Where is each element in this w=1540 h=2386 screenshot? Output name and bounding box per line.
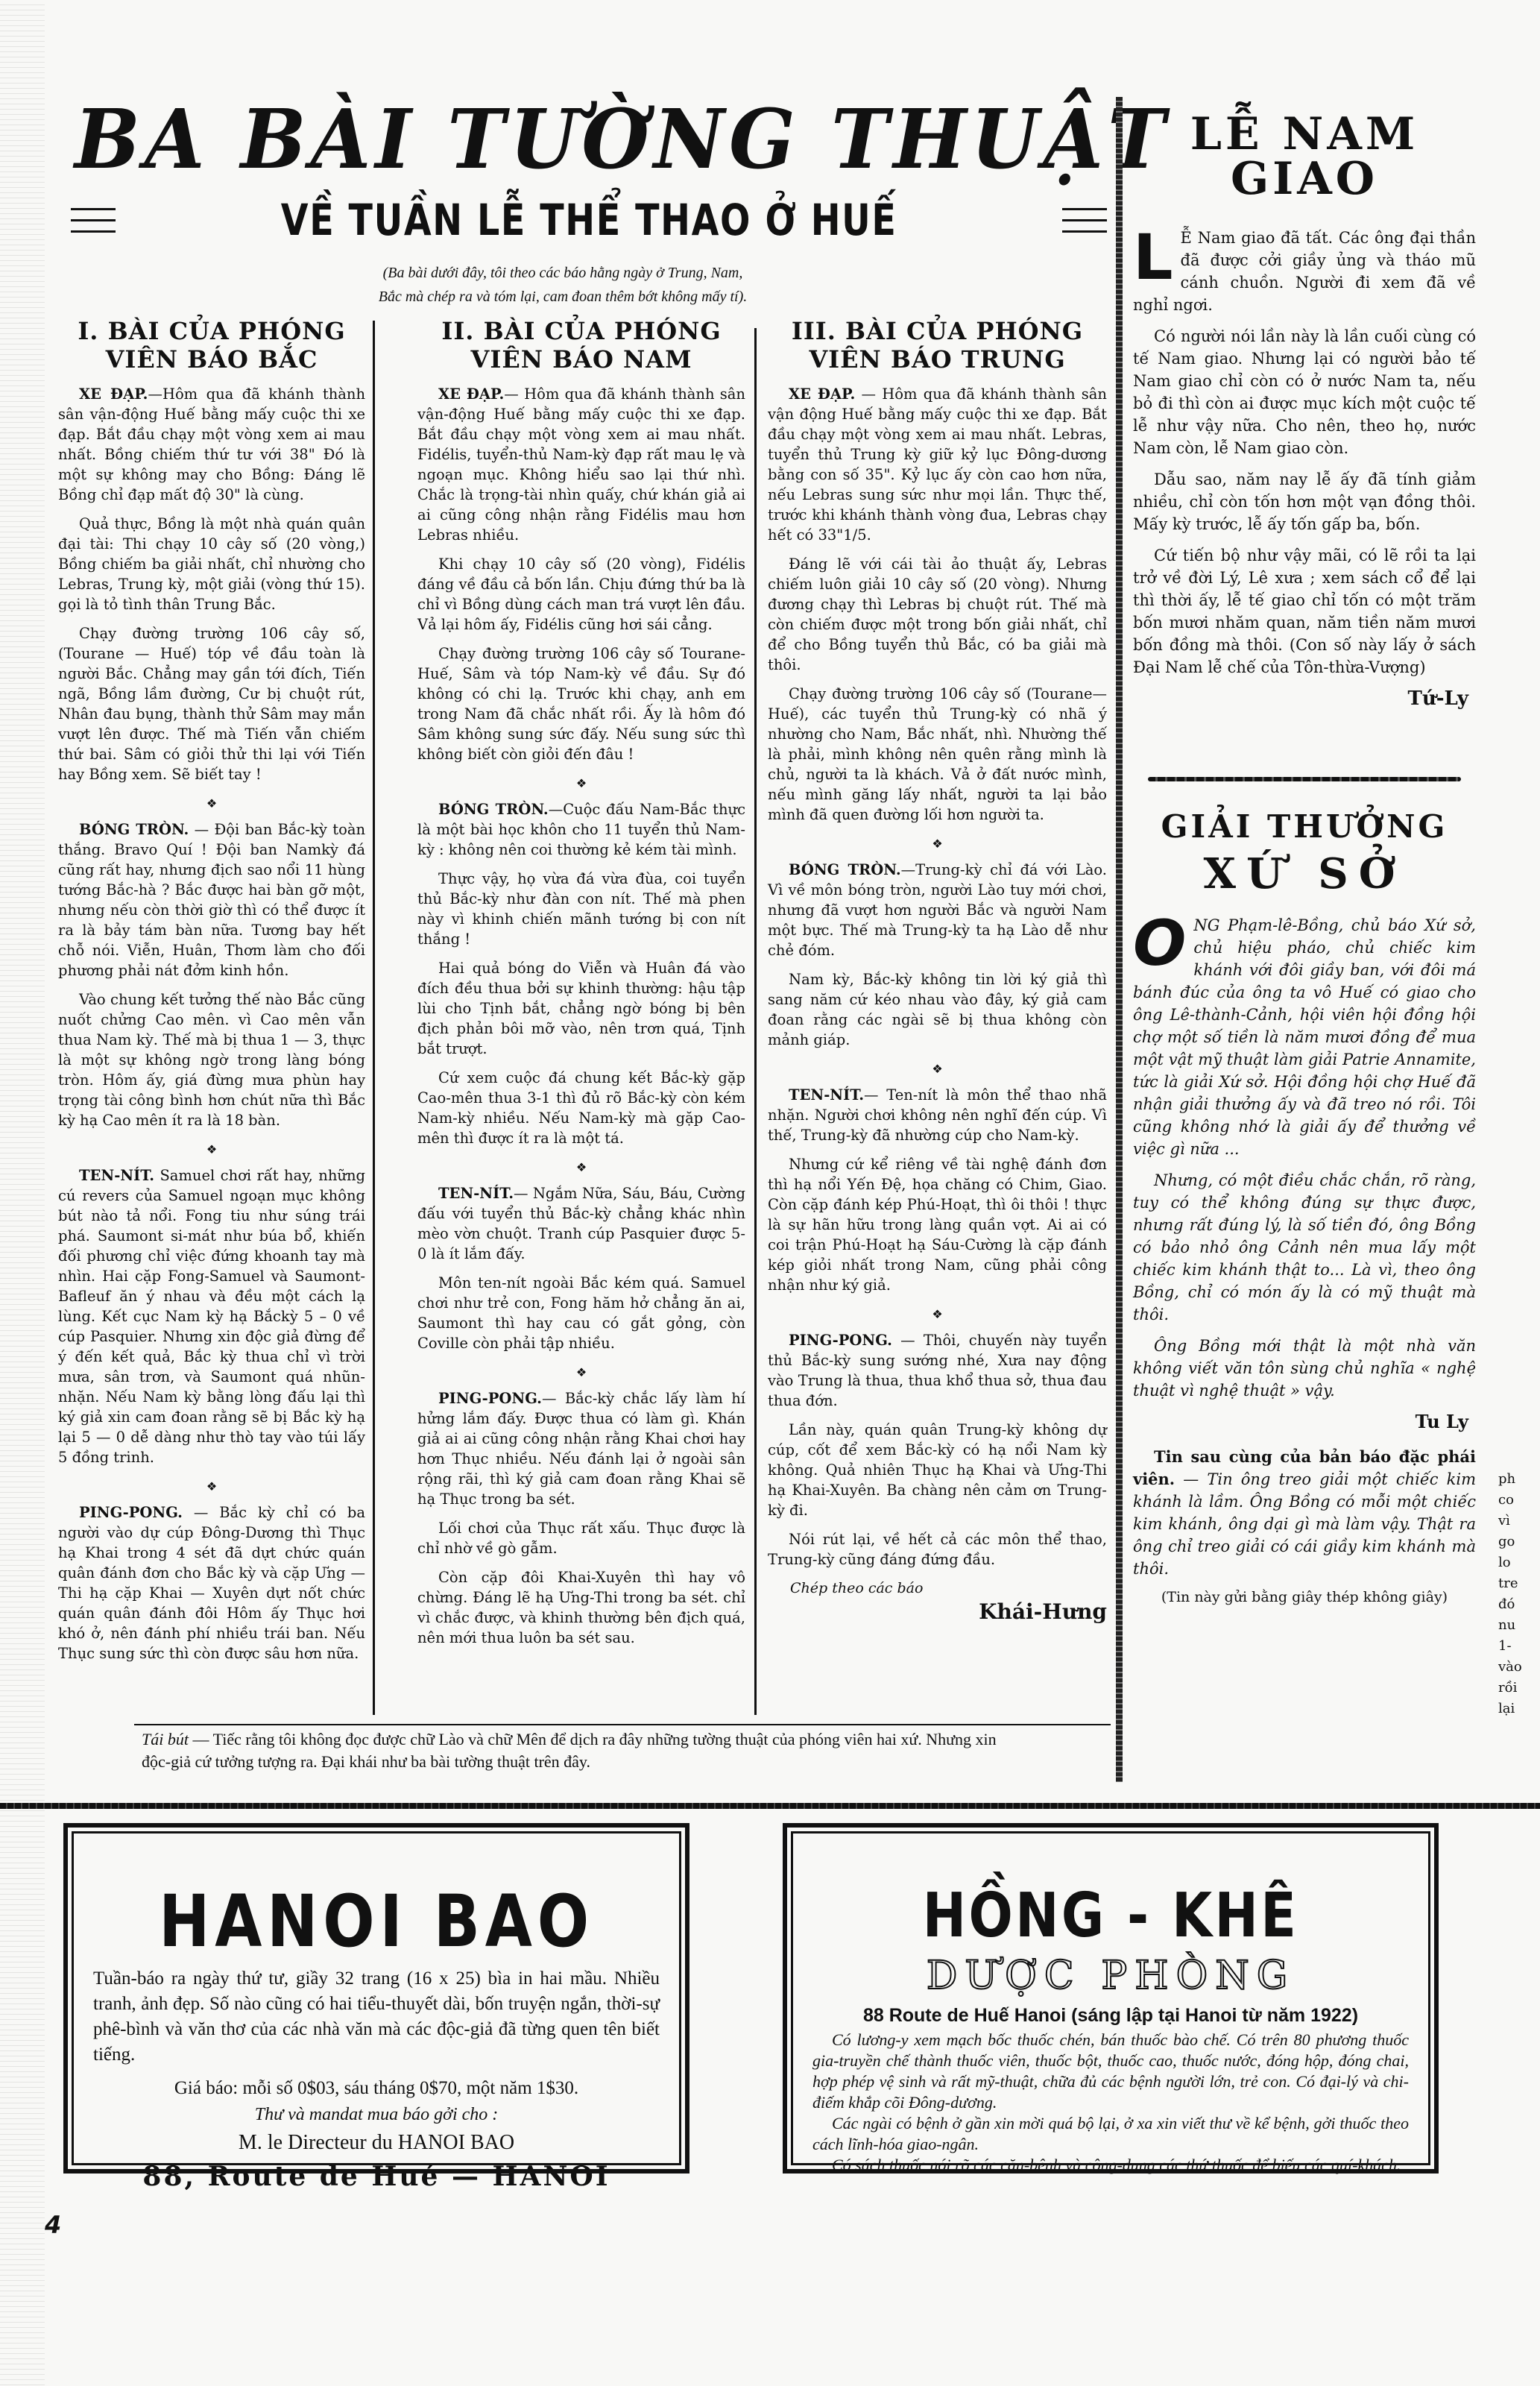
edge-fragment: đó [1498, 1594, 1522, 1615]
edge-fragment: co [1498, 1490, 1522, 1511]
paragraph: Có sách thuốc nói rõ các căn-bệnh và côn… [812, 2155, 1409, 2176]
paragraph: Có lương-y xem mạch bốc thuốc chén, bán … [812, 2030, 1409, 2113]
column-divider [373, 321, 375, 1715]
paragraph: Môn ten-nít ngoài Bắc kém quá. Samuel ch… [417, 1273, 745, 1353]
dropcap-letter: L [1133, 231, 1173, 283]
paragraph: Khi chạy 10 cây số (20 vòng), Fidélis đá… [417, 554, 745, 635]
intro-line: Bắc mà chép ra và tóm lại, cam đoan thêm… [268, 285, 857, 309]
intro-line: (Ba bài dưới đây, tôi theo các báo hằng … [268, 261, 857, 285]
paragraph-text: Vào chung kết tưởng thế nào Bắc cũng nuố… [58, 991, 365, 1129]
section-keyword: TEN-NÍT. [79, 1167, 154, 1184]
section-keyword: PING-PONG. [79, 1504, 183, 1521]
ad-recipient: M. le Directeur du HANOI BAO [93, 2131, 660, 2155]
paragraph: Nhưng cứ kể riêng về tài nghệ đánh đơn t… [768, 1154, 1107, 1295]
paragraph: Quả thực, Bồng là một nhà quán quân đại … [58, 514, 365, 614]
article-title-line: GIẢI THƯỞNG [1133, 811, 1476, 843]
paragraph-text: Chạy đường trường 106 cây số Tourane-Huế… [417, 645, 745, 763]
section-keyword: BÓNG TRÒN. [789, 861, 901, 878]
paragraph: Các ngài có bệnh ở gần xin mời quá bộ lạ… [812, 2113, 1409, 2155]
paragraph: Còn cặp đôi Khai-Xuyên thì hay vô chừng.… [417, 1567, 745, 1648]
paragraph: Có người nói lần này là lần cuối cùng có… [1133, 325, 1476, 459]
section-keyword: TEN-NÍT. [789, 1086, 864, 1104]
paragraph: Vào chung kết tưởng thế nào Bắc cũng nuố… [58, 989, 365, 1130]
ad-address: 88, Route de Hué — HANOI [93, 2161, 660, 2192]
paragraph-text: Chạy đường trường 106 cây số (Tourane—Hu… [768, 685, 1107, 823]
paragraph-text: Quả thực, Bồng là một nhà quán quân đại … [58, 515, 365, 613]
ornament-icon: ❖ [417, 1157, 745, 1177]
dropcap-letter: O [1133, 917, 1186, 969]
ornament-icon: ❖ [58, 1139, 365, 1159]
author-signature: Khái-Hưng [768, 1602, 1107, 1622]
paragraph-text: Còn cặp đôi Khai-Xuyên thì hay vô chừng.… [417, 1569, 745, 1646]
scan-edge-noise [0, 0, 45, 2386]
paragraph-text: — Bắc kỳ chỉ có ba người vào dự cúp Đông… [58, 1504, 365, 1662]
ad-body: Có lương-y xem mạch bốc thuốc chén, bán … [812, 2030, 1409, 2176]
paragraph: Ông Bồng mới thật là một nhà văn không v… [1133, 1335, 1476, 1402]
paragraph: PING-PONG. — Thôi, chuyến này tuyển thủ … [768, 1330, 1107, 1411]
paragraph-text: Môn ten-nít ngoài Bắc kém quá. Samuel ch… [417, 1274, 745, 1352]
section-keyword: PING-PONG. [438, 1390, 542, 1407]
headline: BA BÀI TƯỜNG THUẬT [75, 98, 1103, 180]
paragraph-text: —Hôm qua đã khánh thành sân vận-động Huế… [58, 385, 365, 503]
article-title-line: XỨ SỞ [1133, 853, 1476, 895]
article-bao-nam: II. BÀI CỦA PHÓNG VIÊN BÁO NAM XE ĐẠP.— … [417, 317, 745, 1657]
ad-address: 88 Route de Huế Hanoi (sáng lập tại Hano… [812, 2005, 1409, 2027]
edge-fragment: tre [1498, 1573, 1522, 1594]
paragraph-text: Chạy đường trường 106 cây số, (Tourane —… [58, 625, 365, 783]
paragraph: Cứ xem cuộc đá chung kết Bắc-kỳ gặp Cao-… [417, 1068, 745, 1148]
page-number: 4 [45, 2211, 61, 2239]
paragraph: Nhưng, có một điều chắc chắn, rõ ràng, t… [1133, 1169, 1476, 1326]
paragraph-text: — Đội ban Bắc-kỳ toàn thắng. Bravo Quí !… [58, 821, 365, 979]
divider [134, 1724, 1111, 1725]
article-heading: III. BÀI CỦA PHÓNG VIÊN BÁO TRUNG [768, 317, 1107, 374]
paragraph-text: Hai quả bóng do Viễn và Huân đá vào đích… [417, 960, 745, 1057]
ornament-icon: ❖ [417, 1362, 745, 1382]
paragraph-text: Nam kỳ, Bắc-kỳ không tin lời ký giả thì … [768, 971, 1107, 1048]
ornament-icon: ❖ [768, 1304, 1107, 1324]
ad-title: HANOI BAO [136, 1886, 617, 1957]
article-heading: II. BÀI CỦA PHÓNG VIÊN BÁO NAM [417, 317, 745, 374]
section-divider-band [0, 1803, 1540, 1809]
ornament-icon: ❖ [58, 1476, 365, 1496]
column-divider [754, 328, 757, 1715]
edge-fragment: lo [1498, 1552, 1522, 1573]
article-title: LỄ NAM GIAO [1133, 112, 1476, 201]
adjacent-page-fragments: phcovìgolotređónu1-vàorồilại [1498, 1469, 1522, 1719]
paragraph-text: Đáng lẽ với cái tài ảo thuật ấy, Lebras … [768, 555, 1107, 673]
section-keyword: TEN-NÍT. [438, 1185, 514, 1202]
ad-price: Giá báo: mỗi số 0$03, sáu tháng 0$70, mộ… [93, 2078, 660, 2099]
decorative-rules-left [71, 208, 116, 233]
paragraph: Đáng lẽ với cái tài ảo thuật ấy, Lebras … [768, 554, 1107, 675]
ornament-icon: ❖ [58, 793, 365, 813]
paragraph-text: Cứ xem cuộc đá chung kết Bắc-kỳ gặp Cao-… [417, 1069, 745, 1147]
postscript-label: Tái bút [142, 1730, 189, 1748]
paragraph: Ễ Nam giao đã tất. Các ông đại thần đã đ… [1133, 229, 1476, 314]
article-bao-bac: I. BÀI CỦA PHÓNG VIÊN BÁO BẮC XE ĐẠP.—Hô… [58, 317, 365, 1672]
edge-fragment: lại [1498, 1699, 1522, 1719]
newspaper-page: BA BÀI TƯỜNG THUẬT VỀ TUẦN LỄ THỂ THAO Ở… [0, 0, 1540, 2386]
decorative-rules-right [1062, 208, 1107, 233]
paragraph: Hai quả bóng do Viễn và Huân đá vào đích… [417, 958, 745, 1059]
late-news-note: (Tin này gửi bằng giây thép không giây) [1133, 1589, 1476, 1605]
paragraph: Lối chơi của Thục rất xấu. Thục được là … [417, 1518, 745, 1558]
section-keyword: BÓNG TRÒN. [438, 801, 549, 818]
ad-subtitle: DƯỢC PHÒNG [812, 1953, 1409, 1999]
article-bao-trung: III. BÀI CỦA PHÓNG VIÊN BÁO TRUNG XE ĐẠP… [768, 317, 1107, 1622]
edge-fragment: ph [1498, 1469, 1522, 1490]
wavy-divider [1148, 777, 1461, 781]
paragraph: XE ĐẠP.— Hôm qua đã khánh thành sân vận-… [417, 384, 745, 545]
edge-fragment: vào [1498, 1657, 1522, 1678]
postscript: Tái bút — Tiếc rằng tôi không đọc được c… [142, 1728, 1014, 1773]
edge-fragment: rồi [1498, 1678, 1522, 1699]
paragraph: Lần này, quán quân Trung-kỳ không dự cúp… [768, 1420, 1107, 1520]
paragraph-text: Lần này, quán quân Trung-kỳ không dự cúp… [768, 1421, 1107, 1519]
edge-fragment: 1- [1498, 1636, 1522, 1657]
section-keyword: XE ĐẠP. [789, 385, 855, 403]
late-news-text: — Tin ông treo giải một chiếc kim khánh … [1133, 1470, 1476, 1578]
paragraph: BÓNG TRÒN.—Cuộc đấu Nam-Bắc thực là một … [417, 799, 745, 860]
source-note: Chép theo các báo [768, 1578, 1107, 1599]
paragraph: Cứ tiến bộ như vậy mãi, có lẽ rồi ta lại… [1133, 544, 1476, 679]
section-keyword: XE ĐẠP. [438, 385, 504, 403]
article-le-nam-giao: LỄ NAM GIAO LỄ Nam giao đã tất. Các ông … [1133, 112, 1476, 710]
edge-fragment: nu [1498, 1615, 1522, 1636]
intro-note: (Ba bài dưới đây, tôi theo các báo hằng … [268, 261, 857, 309]
ad-hong-khe: HỒNG - KHÊ DƯỢC PHÒNG 88 Route de Huế Ha… [783, 1823, 1439, 2173]
paragraph: XE ĐẠP. — Hôm qua đã khánh thành sân vận… [768, 384, 1107, 545]
paragraph: PING-PONG.— Bắc-kỳ chắc lấy làm hí hửng … [417, 1388, 745, 1509]
author-signature: Tứ-Ly [1133, 687, 1468, 710]
paragraph: Thực vậy, họ vừa đá vừa đùa, coi tuyển t… [417, 869, 745, 949]
section-keyword: PING-PONG. [789, 1332, 892, 1349]
ornament-icon: ❖ [768, 1059, 1107, 1079]
paragraph-text: Nhưng cứ kể riêng về tài nghệ đánh đơn t… [768, 1156, 1107, 1294]
postscript-text: — Tiếc rằng tôi không đọc được chữ Lào v… [142, 1730, 997, 1771]
edge-fragment: vì [1498, 1511, 1522, 1532]
ad-mail-note: Thư và mandat mua báo gởi cho : [93, 2105, 660, 2125]
paragraph-text: — Hôm qua đã khánh thành sân vận động Hu… [768, 385, 1107, 544]
paragraph-text: Lối chơi của Thục rất xấu. Thục được là … [417, 1520, 745, 1557]
ad-hanoi-bao: HANOI BAO Tuần-báo ra ngày thứ tư, giầy … [63, 1823, 689, 2173]
paragraph-text: — Hôm qua đã khánh thành sân vận-động Hu… [417, 385, 745, 544]
paragraph-text: Khi chạy 10 cây số (20 vòng), Fidélis đá… [417, 555, 745, 633]
paragraph-text: Samuel chơi rất hay, những cú revers của… [58, 1167, 365, 1466]
subheadline: VỀ TUẦN LỄ THỂ THAO Ở HUẾ [281, 195, 897, 245]
author-signature: Tu Ly [1133, 1411, 1468, 1432]
paragraph: Chạy đường trường 106 cây số Tourane-Huế… [417, 643, 745, 764]
section-keyword: XE ĐẠP. [79, 385, 148, 403]
paragraph: Chạy đường trường 106 cây số, (Tourane —… [58, 623, 365, 784]
article-giai-thuong-xu-so: GIẢI THƯỞNG XỨ SỞ ONG Phạm-lê-Bồng, chủ … [1133, 777, 1476, 1605]
ornament-icon: ❖ [417, 773, 745, 793]
section-keyword: BÓNG TRÒN. [79, 821, 189, 838]
paragraph: Chạy đường trường 106 cây số (Tourane—Hu… [768, 684, 1107, 825]
paragraph-text: Nói rút lại, về hết cả các môn thể thao,… [768, 1531, 1107, 1568]
paragraph: XE ĐẠP.—Hôm qua đã khánh thành sân vận-đ… [58, 384, 365, 505]
ad-title: HỒNG - KHÊ [857, 1886, 1364, 1947]
edge-fragment: go [1498, 1532, 1522, 1552]
paragraph: TEN-NÍT.— Ten-nít là môn thể thao nhã nh… [768, 1085, 1107, 1145]
paragraph: PING-PONG. — Bắc kỳ chỉ có ba người vào … [58, 1502, 365, 1663]
paragraph: TEN-NÍT.— Ngắm Nữa, Sáu, Báu, Cường đấu … [417, 1183, 745, 1264]
paragraph-text: — Bắc-kỳ chắc lấy làm hí hửng lắm đấy. Đ… [417, 1390, 745, 1508]
article-heading: I. BÀI CỦA PHÓNG VIÊN BÁO BẮC [58, 317, 365, 374]
ornament-icon: ❖ [768, 834, 1107, 854]
paragraph: Nam kỳ, Bắc-kỳ không tin lời ký giả thì … [768, 969, 1107, 1050]
subheadline-row: VỀ TUẦN LỄ THỂ THAO Ở HUẾ [71, 190, 1107, 250]
paragraph: BÓNG TRÒN. — Đội ban Bắc-kỳ toàn thắng. … [58, 819, 365, 980]
ad-body: Tuần-báo ra ngày thứ tư, giầy 32 trang (… [93, 1966, 660, 2068]
sidebar-rule [1116, 97, 1123, 1782]
paragraph: TEN-NÍT. Samuel chơi rất hay, những cú r… [58, 1165, 365, 1467]
paragraph: Dẫu sao, năm nay lễ ấy đã tính giảm nhiề… [1133, 468, 1476, 535]
paragraph: BÓNG TRÒN.—Trung-kỳ chỉ đá với Lào. Vì v… [768, 860, 1107, 960]
paragraph-text: Thực vậy, họ vừa đá vừa đùa, coi tuyển t… [417, 870, 745, 948]
paragraph: Nói rút lại, về hết cả các môn thể thao,… [768, 1529, 1107, 1570]
